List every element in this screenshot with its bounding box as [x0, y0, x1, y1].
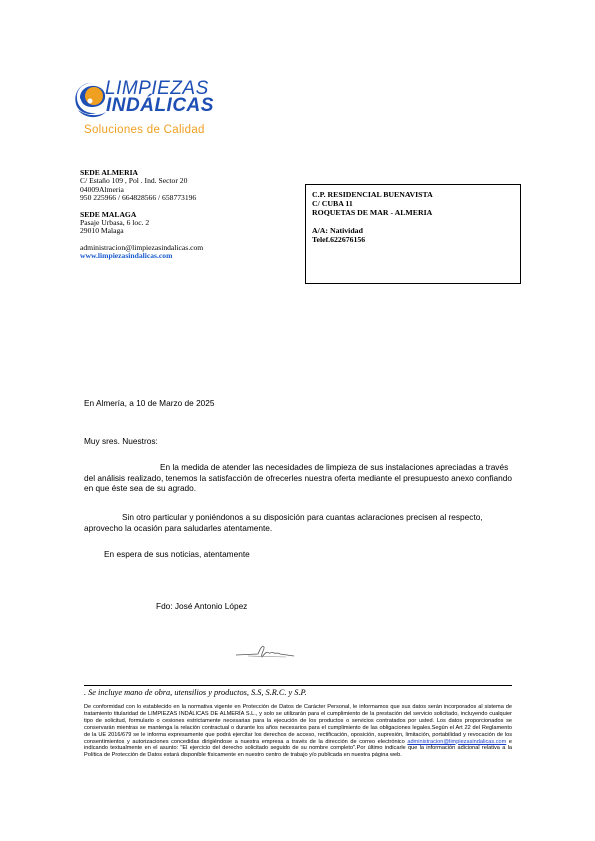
recipient-phone: Telef.622676156: [312, 235, 520, 244]
sender-website-link[interactable]: www.limpiezasindalicas.com: [80, 251, 172, 260]
letter-greeting: Muy sres. Nuestros:: [84, 436, 158, 447]
footer-legal-notice: De conformidad con lo establecido en la …: [84, 704, 512, 759]
sede-malaga-line2: 29010 Malaga: [80, 227, 203, 235]
paragraph-1-text: En la medida de atender las necesidades …: [84, 462, 512, 493]
logo-word-indalicas: INDÁLICAS: [106, 97, 214, 114]
paragraph-2-text: Sin otro particular y poniéndonos a su d…: [84, 512, 483, 533]
letter-paragraph-1: En la medida de atender las necesidades …: [84, 462, 514, 494]
footer-includes-note: . Se incluye mano de obra, utensilios y …: [84, 688, 307, 697]
sender-block: SEDE ALMERIA C/ Estaño 109 , Pol . Ind. …: [80, 169, 203, 261]
recipient-attention: A/A: Natividad: [312, 226, 520, 235]
signature-icon: [234, 641, 298, 663]
recipient-line3: ROQUETAS DE MAR - ALMERIA: [312, 208, 520, 217]
letter-signed-by: Fdo: José Antonio López: [156, 601, 247, 612]
sede-almeria-phones: 950 225966 / 664828566 / 658773196: [80, 194, 203, 202]
logo-tagline: Soluciones de Calidad: [84, 124, 205, 136]
letter-closing: En espera de sus noticias, atentamente: [104, 549, 250, 560]
legal-email-link[interactable]: administracion@limpiezasindalicas.com: [407, 739, 506, 745]
recipient-address-box: C.P. RESIDENCIAL BUENAVISTA C/ CUBA 11 R…: [305, 184, 521, 284]
letter-paragraph-2: Sin otro particular y poniéndonos a su d…: [84, 512, 514, 533]
recipient-line1: C.P. RESIDENCIAL BUENAVISTA: [312, 190, 520, 199]
recipient-line2: C/ CUBA 11: [312, 199, 520, 208]
footer-divider: [84, 685, 512, 686]
letter-date: En Almería, a 10 de Marzo de 2025: [84, 398, 215, 409]
